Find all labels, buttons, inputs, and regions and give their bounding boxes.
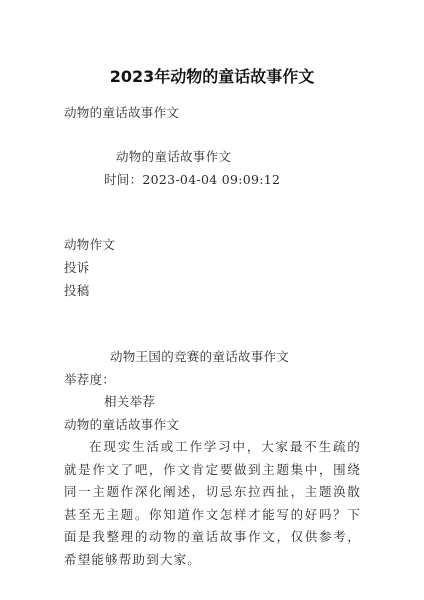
related-label: 相关举荐 [104,394,155,410]
subheading: 动物的童话故事作文 [64,105,179,121]
intro-paragraph-block: 在现实生活或工作学习中，大家最不生疏的就是作文了吧，作文肯定要做到主题集中，围绕… [64,436,361,571]
timestamp: 时间：2023-04-04 09:09:12 [104,172,280,188]
tag-animal-essay[interactable]: 动物作文 [64,237,115,253]
article-title: 动物的童话故事作文 [116,149,231,165]
intro-paragraph: 在现实生活或工作学习中，大家最不生疏的就是作文了吧，作文肯定要做到主题集中，围绕… [64,436,361,571]
recommend-label: 举荐度： [64,372,115,388]
document-title: 2023年动物的童话故事作文 [0,67,424,87]
complaint-link[interactable]: 投诉 [64,260,90,276]
section-heading: 动物的童话故事作文 [64,417,179,433]
related-article-title[interactable]: 动物王国的竞赛的童话故事作文 [110,349,289,365]
submit-link[interactable]: 投稿 [64,283,90,299]
